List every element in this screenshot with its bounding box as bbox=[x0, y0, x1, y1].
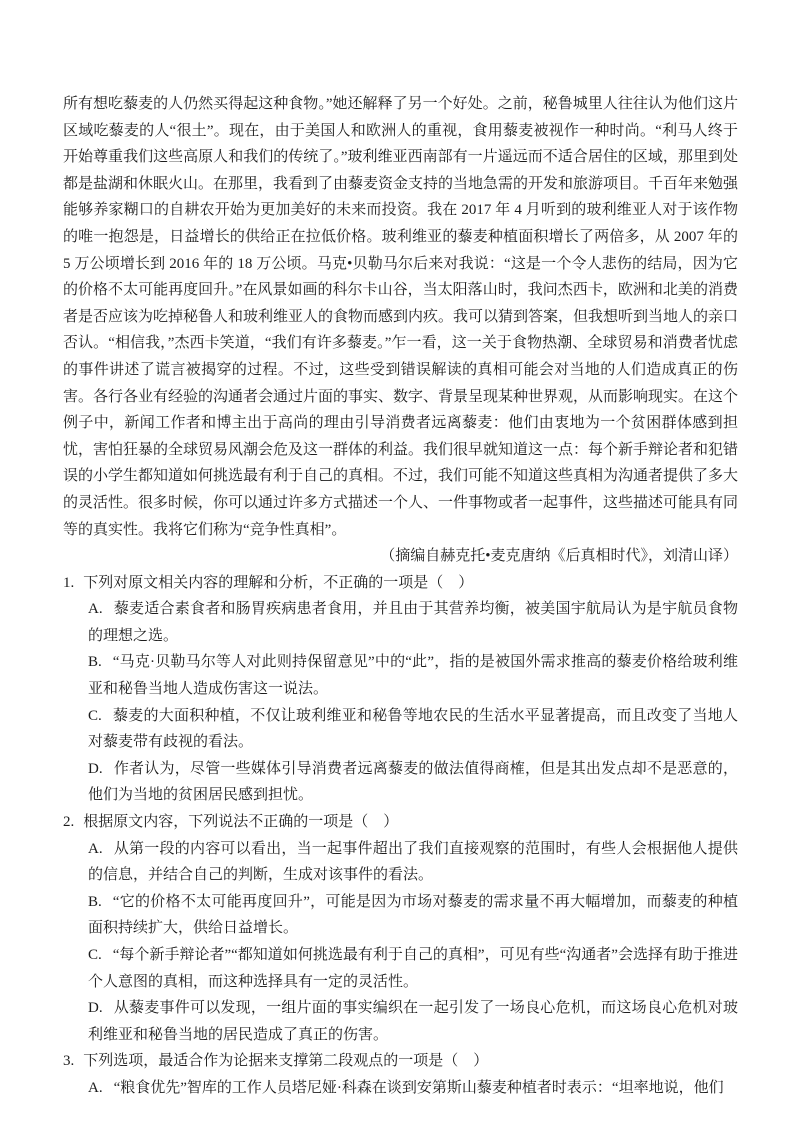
option-c-text: 藜麦的大面积种植，不仅让玻利维亚和秘鲁等地农民的生活水平显著提高，而且改变了当地… bbox=[88, 708, 738, 751]
question-2-stem: 2.根据原文内容，下列说法不正确的一项是（ ） bbox=[63, 809, 738, 836]
option-b-label: B. bbox=[88, 654, 102, 670]
question-2-option-c: C.“每个新手辩论者”“都知道如何挑选最有利于自己的真相”，可见有些“沟通者”会… bbox=[88, 942, 738, 995]
question-1-option-d: D.作者认为，尽管一些媒体引导消费者远离藜麦的做法值得商榷，但是其出发点却不是恶… bbox=[88, 756, 738, 809]
option-d-text: 作者认为，尽管一些媒体引导消费者远离藜麦的做法值得商榷，但是其出发点却不是恶意的… bbox=[88, 761, 738, 804]
question-1-option-c: C.藜麦的大面积种植，不仅让玻利维亚和秘鲁等地农民的生活水平显著提高，而且改变了… bbox=[88, 703, 738, 756]
question-3-stem: 3.下列选项，最适合作为论据来支撑第二段观点的一项是（ ） bbox=[63, 1048, 738, 1075]
question-1-option-b: B.“马克·贝勒马尔等人对此则持保留意见”中的“此”，指的是被国外需求推高的藜麦… bbox=[88, 649, 738, 702]
option-b-text: “马克·贝勒马尔等人对此则持保留意见”中的“此”，指的是被国外需求推高的藜麦价格… bbox=[88, 654, 738, 697]
option-d-text: 从藜麦事件可以发现，一组片面的事实编织在一起引发了一场良心危机，而这场良心危机对… bbox=[88, 1000, 738, 1043]
question-2-option-b: B.“它的价格不太可能再度回升”，可能是因为市场对藜麦的需求量不再大幅增加，而藜… bbox=[88, 889, 738, 942]
option-a-label: A. bbox=[88, 1080, 103, 1096]
document-page: 所有想吃藜麦的人仍然买得起这种食物。”她还解释了另一个好处。之前，秘鲁城里人往往… bbox=[0, 0, 800, 1132]
option-a-text: 藜麦适合素食者和肠胃疾病患者食用，并且由于其营养均衡，被美国宇航局认为是宇航员食… bbox=[88, 601, 738, 644]
question-2-number: 2. bbox=[63, 809, 74, 836]
question-3-number: 3. bbox=[63, 1048, 74, 1075]
option-a-label: A. bbox=[88, 601, 103, 617]
question-1: 1.下列对原文相关内容的理解和分析，不正确的一项是（ ） A.藜麦适合素食者和肠… bbox=[63, 570, 738, 809]
question-2-option-a: A.从第一段的内容可以看出，当一起事件超出了我们直接观察的范围时，有些人会根据他… bbox=[88, 836, 738, 889]
question-1-stem-text: 下列对原文相关内容的理解和分析，不正确的一项是（ ） bbox=[83, 575, 473, 591]
question-3: 3.下列选项，最适合作为论据来支撑第二段观点的一项是（ ） A.“粮食优先”智库… bbox=[63, 1048, 738, 1101]
option-a-text: 从第一段的内容可以看出，当一起事件超出了我们直接观察的范围时，有些人会根据他人提… bbox=[88, 841, 738, 884]
option-c-label: C. bbox=[88, 947, 102, 963]
option-b-text: “它的价格不太可能再度回升”，可能是因为市场对藜麦的需求量不再大幅增加，而藜麦的… bbox=[88, 894, 738, 937]
option-d-label: D. bbox=[88, 761, 103, 777]
question-1-stem: 1.下列对原文相关内容的理解和分析，不正确的一项是（ ） bbox=[63, 570, 738, 597]
option-b-label: B. bbox=[88, 894, 102, 910]
option-a-label: A. bbox=[88, 841, 103, 857]
option-a-text: “粮食优先”智库的工作人员塔尼娅·科森在谈到安第斯山藜麦种植者时表示：“坦率地说… bbox=[114, 1080, 724, 1096]
question-2-option-d: D.从藜麦事件可以发现，一组片面的事实编织在一起引发了一场良心危机，而这场良心危… bbox=[88, 995, 738, 1048]
option-c-text: “每个新手辩论者”“都知道如何挑选最有利于自己的真相”，可见有些“沟通者”会选择… bbox=[88, 947, 738, 990]
question-1-option-a: A.藜麦适合素食者和肠胃疾病患者食用，并且由于其营养均衡，被美国宇航局认为是宇航… bbox=[88, 596, 738, 649]
option-c-label: C. bbox=[88, 708, 102, 724]
question-2: 2.根据原文内容，下列说法不正确的一项是（ ） A.从第一段的内容可以看出，当一… bbox=[63, 809, 738, 1048]
question-3-option-a: A.“粮食优先”智库的工作人员塔尼娅·科森在谈到安第斯山藜麦种植者时表示：“坦率… bbox=[88, 1075, 738, 1102]
question-1-number: 1. bbox=[63, 570, 74, 597]
reading-passage: 所有想吃藜麦的人仍然买得起这种食物。”她还解释了另一个好处。之前，秘鲁城里人往往… bbox=[63, 91, 738, 543]
question-2-stem-text: 根据原文内容，下列说法不正确的一项是（ ） bbox=[83, 814, 398, 830]
option-d-label: D. bbox=[88, 1000, 103, 1016]
question-3-stem-text: 下列选项，最适合作为论据来支撑第二段观点的一项是（ ） bbox=[83, 1053, 488, 1069]
passage-attribution: （摘编自赫克托•麦克唐纳《后真相时代》，刘清山译） bbox=[63, 543, 738, 570]
